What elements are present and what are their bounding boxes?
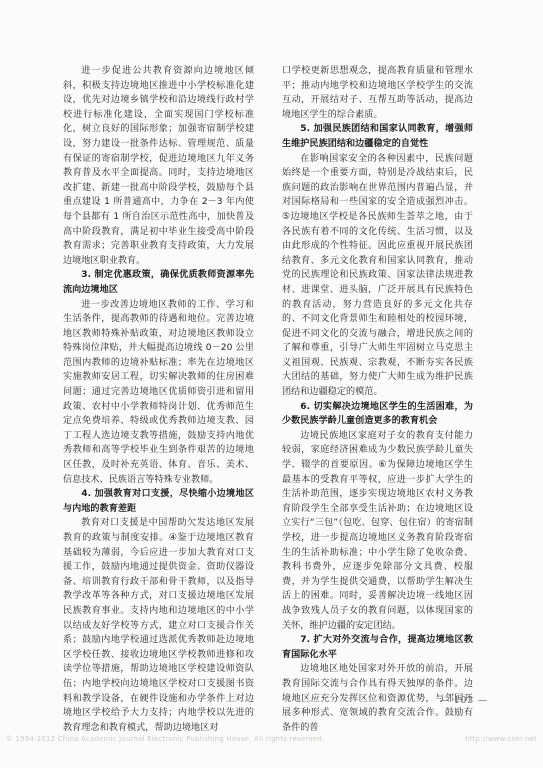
publisher-url: http://www.cnki.net: [465, 735, 537, 743]
paragraph: 进一步促进公共教育资源向边境地区倾斜，积极支持边境地区推进中小学校标准化建设，优…: [63, 64, 254, 268]
journal-page: 进一步促进公共教育资源向边境地区倾斜，积极支持边境地区推进中小学校标准化建设，优…: [0, 0, 543, 768]
section-heading-3: 3. 制定优惠政策，确保优质教师资源率先流向边境地区: [63, 268, 254, 297]
publisher-footer: © 1994-2012 China Academic Journal Elect…: [6, 735, 537, 743]
right-column: 口学校更新思想观念，提高教育质量和管理水平；推动内地学校和边境地区学校学生的交流…: [282, 64, 473, 735]
copyright-text: © 1994-2012 China Academic Journal Elect…: [6, 735, 324, 743]
paragraph: 在影响国家安全的各种因素中，民族问题始终是一个重要方面，特别是冷战结束后，民族问…: [282, 152, 473, 400]
text-columns: 进一步促进公共教育资源向边境地区倾斜，积极支持边境地区推进中小学校标准化建设，优…: [63, 64, 473, 735]
paragraph: 进一步改善边境地区教师的工作、学习和生活条件，提高教师的待遇和地位。完善边境地区…: [63, 298, 254, 488]
section-heading-4: 4. 加强教育对口支援，尽快缩小边境地区与内地的教育差距: [63, 487, 254, 516]
paragraph-continuation: 口学校更新思想观念，提高教育质量和管理水平；推动内地学校和边境地区学校学生的交流…: [282, 64, 473, 122]
paragraph: 教育对口支援是中国帮助欠发达地区发展教育的政策与制度安排。④鉴于边境地区教育基础…: [63, 516, 254, 735]
left-column: 进一步促进公共教育资源向边境地区倾斜，积极支持边境地区推进中小学校标准化建设，优…: [63, 64, 254, 735]
section-heading-5: 5. 加强民族团结和国家认同教育，增强师生维护民族团结和边疆稳定的自觉性: [282, 122, 473, 151]
page-number: — 103 —: [404, 696, 524, 706]
section-heading-7: 7. 扩大对外交流与合作，提高边境地区教育国际化水平: [282, 633, 473, 662]
section-heading-6: 6. 切实解决边境地区学生的生活困难，为少数民族学龄儿童创造更多的教育机会: [282, 400, 473, 429]
paragraph: 边境民族地区家庭对子女的教育支付能力较弱，家庭经济困难成为少数民族学龄儿童失学、…: [282, 429, 473, 633]
